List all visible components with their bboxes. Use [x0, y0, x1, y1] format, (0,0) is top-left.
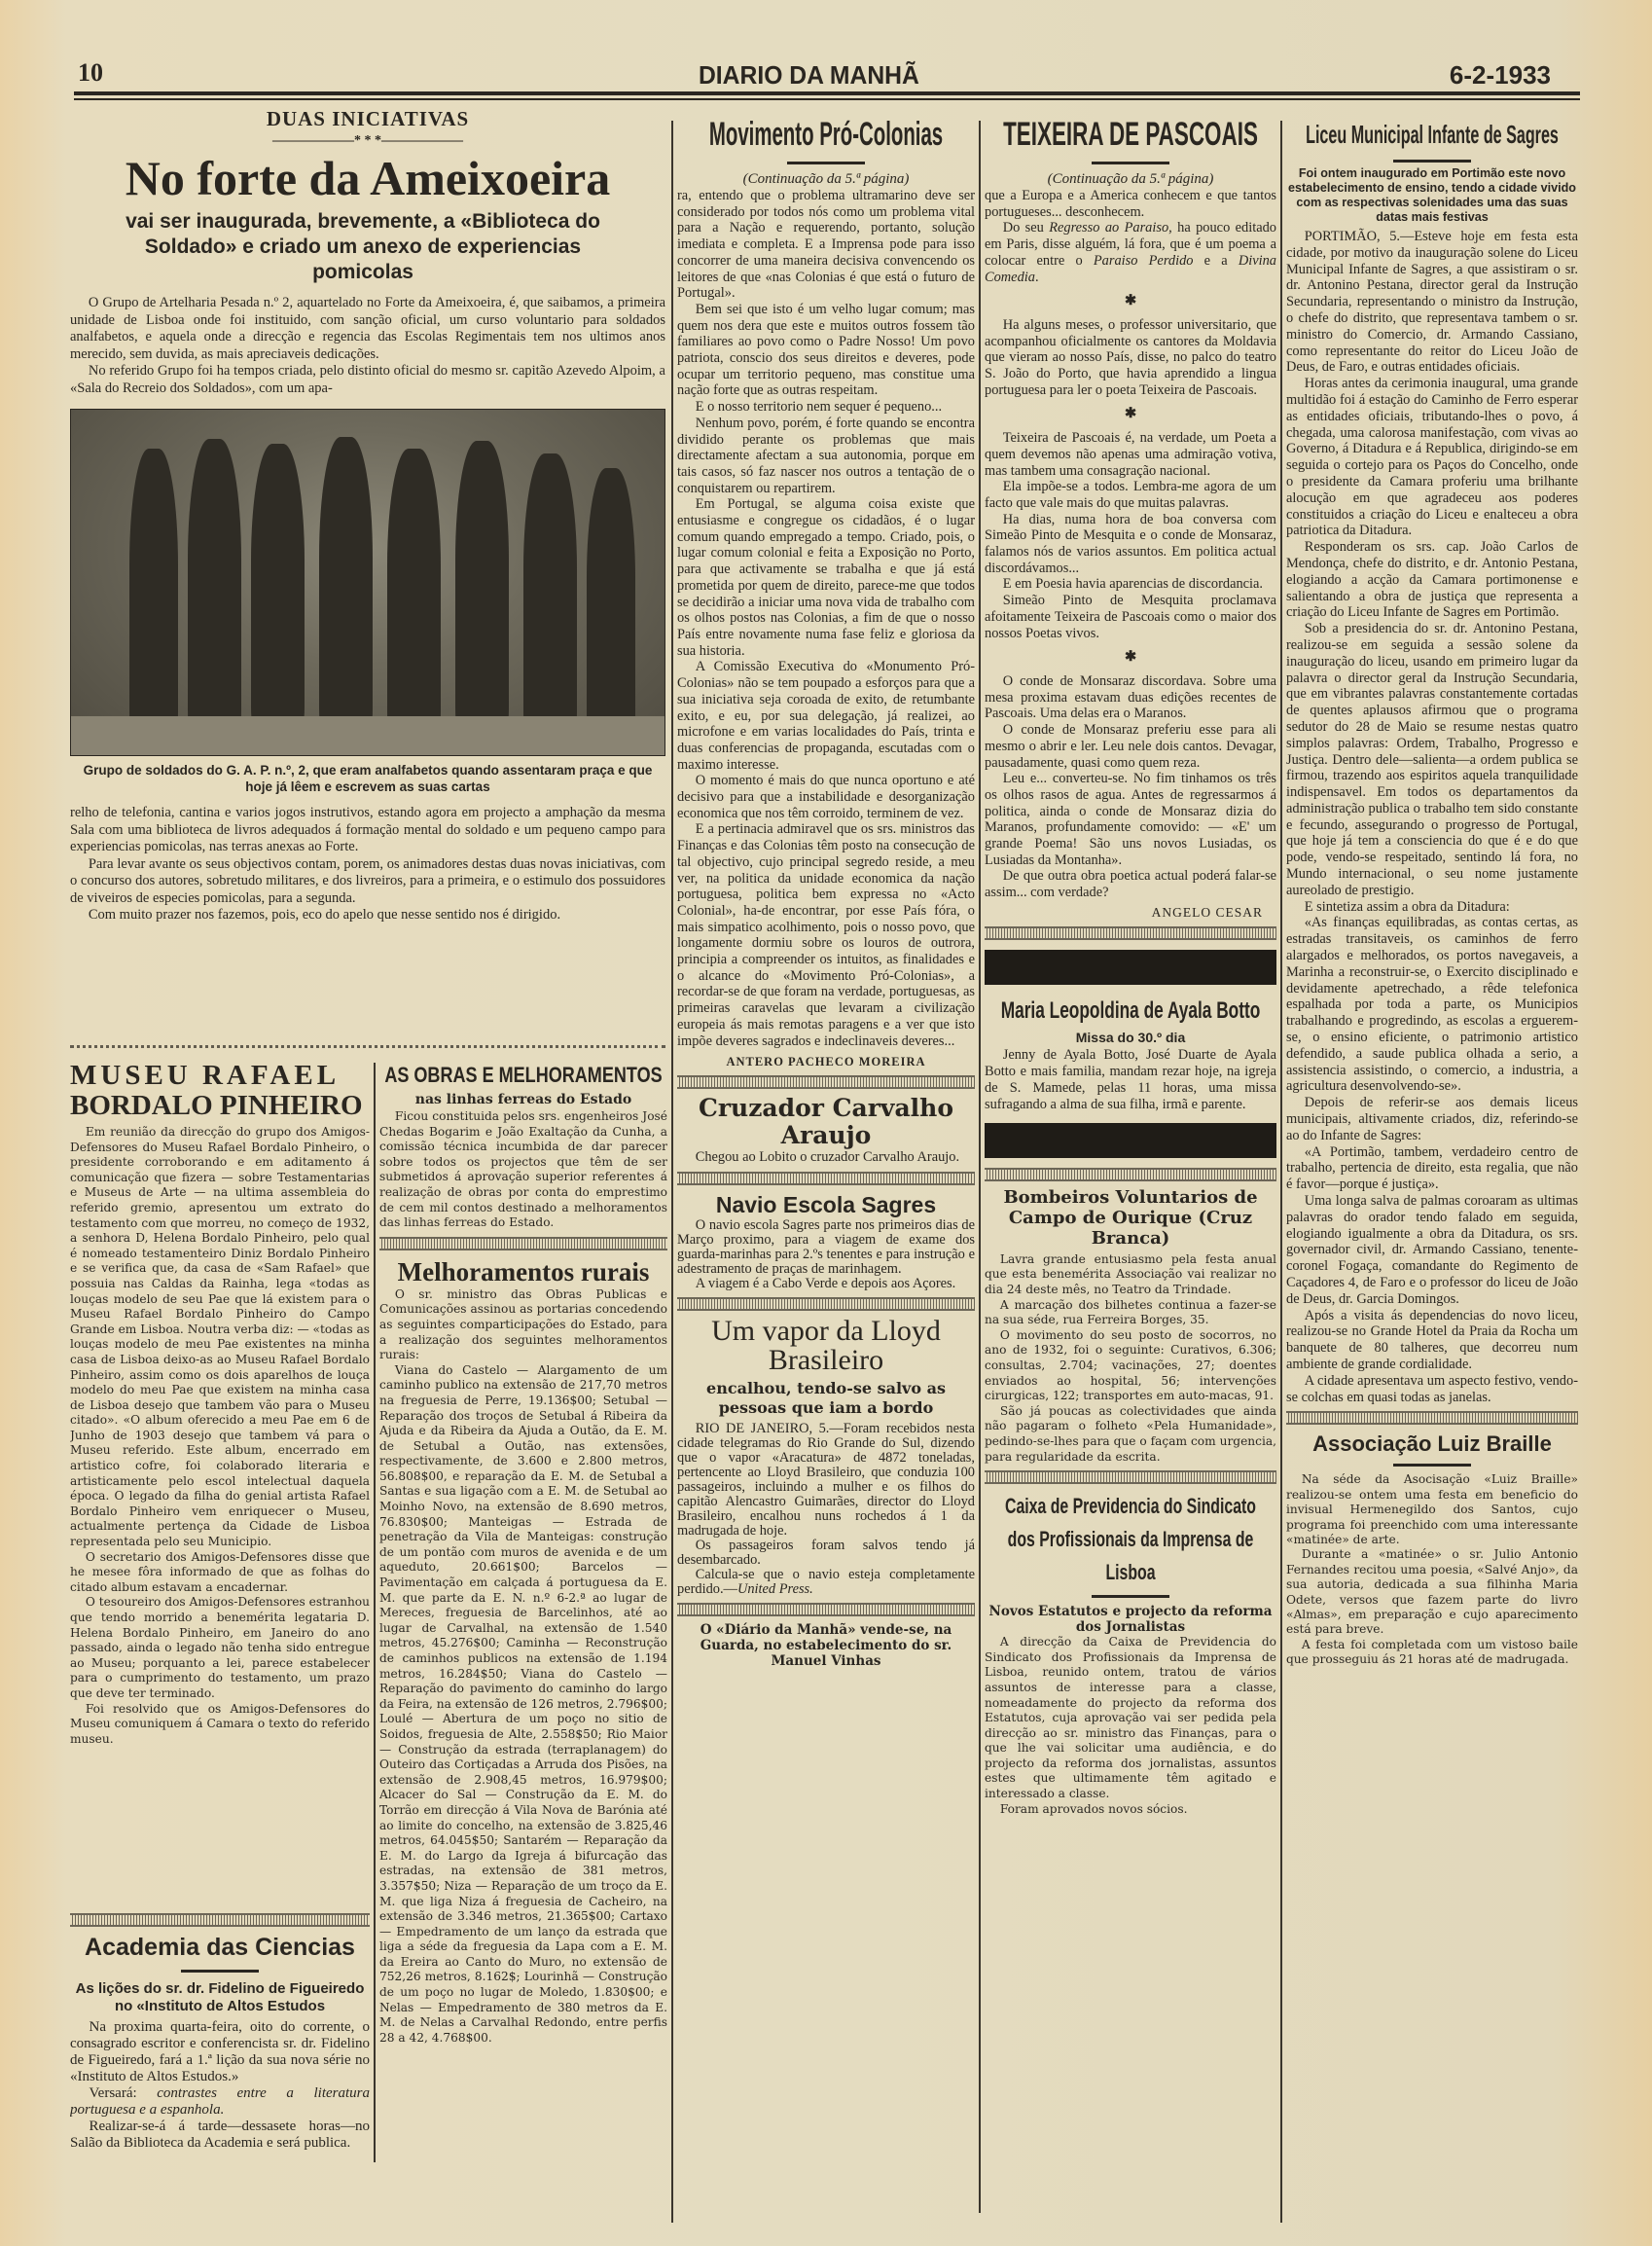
paragraph: São já poucas as colectividades que aind… [985, 1404, 1276, 1465]
article-headline: Cruzador Carvalho Araujo [677, 1095, 975, 1149]
paragraph: O conde de Monsaraz discordava. Sobre um… [985, 673, 1276, 722]
paragraph: O momento é mais do que nunca oportuno e… [677, 773, 975, 821]
paragraph: A cidade apresentava um aspecto festivo,… [1286, 1373, 1578, 1406]
paragraph: Lavra grande entusiasmo pela festa anual… [985, 1252, 1276, 1298]
author-byline: ANTERO PACHECO MOREIRA [677, 1055, 975, 1069]
short-rule [181, 1970, 259, 1973]
paragraph: RIO DE JANEIRO, 5.—Foram recebidos nesta… [677, 1422, 975, 1539]
article-liceu-infante-sagres: Liceu Municipal Infante de Sagres Foi on… [1286, 113, 1578, 2225]
short-rule [787, 162, 865, 164]
article-forte-ameixoeira: DUAS INICIATIVAS ——————* * *—————— No fo… [70, 105, 665, 1039]
mourning-bar [985, 1123, 1276, 1158]
article-subhead: Novos Estatutos e projecto da reforma do… [985, 1604, 1276, 1635]
article-teixeira-pascoais: TEIXEIRA DE PASCOAIS (Continuação da 5.ª… [985, 113, 1276, 2225]
article-kicker: DUAS INICIATIVAS [70, 107, 665, 131]
paragraph: E a pertinacia admiravel que os srs. min… [677, 821, 975, 1049]
paragraph: Ha alguns meses, o professor universitar… [985, 317, 1276, 399]
issue-date: 6-2-1933 [1450, 60, 1551, 91]
short-rule [1393, 160, 1471, 163]
paragraph: Sob a presidencia do sr. dr. Antonino Pe… [1286, 621, 1578, 899]
paragraph: O navio escola Sagres parte nos primeiro… [677, 1218, 975, 1277]
article-academia-ciencias: Academia das Ciencias As lições do sr. d… [70, 1907, 370, 2238]
paragraph: Viana do Castelo — Alargamento de um cam… [379, 1363, 667, 2047]
article-headline: TEIXEIRA DE PASCOAIS [985, 113, 1276, 156]
paragraph: Leu e... converteu-se. No fim tinhamos o… [985, 771, 1276, 868]
asterisk-ornament: ✱ [985, 406, 1276, 422]
article-headline: Associação Luiz Braille [1286, 1431, 1578, 1458]
article-headline: AS OBRAS E MELHORAMENTOS [381, 1061, 665, 1090]
article-headline: Caixa de Previdencia do Sindicato dos Pr… [990, 1490, 1271, 1589]
paragraph: Na proxima quarta-feira, oito do corrent… [70, 2019, 370, 2085]
paragraph: E o nosso territorio nem sequer é pequen… [677, 399, 975, 416]
short-rule [1092, 1595, 1169, 1598]
paragraph: Calcula-se que o navio esteja completame… [677, 1568, 975, 1597]
paragraph: Teixeira de Pascoais é, na verdade, um P… [985, 430, 1276, 479]
paragraph: Para levar avante os seus objectivos con… [70, 856, 665, 908]
paragraph: Foram aprovados novos sócios. [985, 1802, 1276, 1818]
paragraph: Após a visita ás dependencias do novo li… [1286, 1308, 1578, 1373]
article-headline: Melhoramentos rurais [379, 1256, 667, 1287]
section-separator [677, 1603, 975, 1616]
paragraph: «As finanças equilibradas, as contas cer… [1286, 915, 1578, 1095]
section-separator [985, 1470, 1276, 1484]
article-headline: Liceu Municipal Infante de Sagres [1286, 113, 1578, 156]
paragraph: Uma longa salva de palmas coroaram as ul… [1286, 1193, 1578, 1308]
article-subhead: Foi ontem inaugurado em Portimão este no… [1286, 166, 1578, 225]
paragraph: Em reunião da direcção do grupo dos Amig… [70, 1125, 370, 1550]
paragraph: Foi resolvido que os Amigos-Defensores d… [70, 1702, 370, 1747]
continuation-note: (Continuação da 5.ª página) [985, 170, 1276, 188]
paragraph: Ficou constituida pelos srs. engenheiros… [379, 1109, 667, 1231]
column-divider [671, 121, 673, 2223]
article-headline: Navio Escola Sagres [677, 1191, 975, 1218]
masthead-rule [74, 91, 1580, 95]
paragraph: Depois de referir-se aos demais liceus m… [1286, 1095, 1578, 1143]
mourning-bar [985, 950, 1276, 985]
article-headline: No forte da Ameixoeira [70, 151, 665, 205]
masthead-rule-thin [74, 98, 1580, 100]
paragraph: Com muito prazer nos fazemos, pois, eco … [70, 907, 665, 924]
article-headline: Bombeiros Voluntarios de Campo de Ouriqu… [985, 1187, 1276, 1249]
paragraph: De que outra obra poetica actual poderá … [985, 868, 1276, 900]
article-museu-bordalo: MUSEU RAFAEL BORDALO PINHEIRO Em reunião… [70, 1061, 370, 1747]
article-movimento-pro-colonias: Movimento Pró-Colonias (Continuação da 5… [677, 113, 975, 2225]
article-headline: Movimento Pró-Colonias [678, 113, 974, 156]
column-divider [374, 1063, 376, 2162]
paragraph: Versará: contrastes entre a literatura p… [70, 2085, 370, 2119]
article-subhead: vai ser inaugurada, brevemente, a «Bibli… [70, 205, 665, 289]
article-headline: Academia das Ciencias [70, 1933, 370, 1962]
short-rule [1393, 1464, 1471, 1467]
paragraph: Durante a «matinée» o sr. Julio Antonio … [1286, 1547, 1578, 1637]
paragraph: E sintetiza assim a obra da Ditadura: [1286, 899, 1578, 916]
paragraph: A marcação dos bilhetes continua a fazer… [985, 1298, 1276, 1328]
ornament: ——————* * *—————— [70, 133, 665, 149]
section-separator [70, 1045, 665, 1052]
section-separator [677, 1297, 975, 1311]
author-byline: ANGELO CESAR [985, 905, 1276, 921]
paragraph: A Comissão Executiva do «Monumento Pró-C… [677, 659, 975, 773]
paragraph: E em Poesia havia aparencias de discorda… [985, 576, 1276, 593]
paragraph: ra, entendo que o problema ultramarino d… [677, 188, 975, 302]
section-separator [70, 1913, 370, 1927]
paragraph: que a Europa e a America conhecem e que … [985, 188, 1276, 220]
paragraph: Do seu Regresso ao Paraiso, ha pouco edi… [985, 220, 1276, 285]
paragraph: O conde de Monsaraz preferiu esse para a… [985, 722, 1276, 771]
paragraph: relho de telefonia, cantina e varios jog… [70, 805, 665, 856]
section-separator [985, 926, 1276, 940]
article-subhead: Missa do 30.º dia [985, 1028, 1276, 1047]
paragraph: O Grupo de Artelharia Pesada n.º 2, aqua… [70, 295, 665, 363]
photo-caption: Grupo de soldados do G. A. P. n.º, 2, qu… [70, 762, 665, 795]
paragraph: Chegou ao Lobito o cruzador Carvalho Ara… [677, 1149, 975, 1166]
section-separator [1286, 1411, 1578, 1425]
page-number: 10 [78, 58, 103, 88]
paragraph: Ela impõe-se a todos. Lembra-me agora de… [985, 479, 1276, 511]
article-headline: BORDALO PINHEIRO [70, 1090, 370, 1121]
sales-notice: O «Diário da Manhã» vende-se, na Guarda,… [677, 1622, 975, 1669]
paragraph: Na séde da Asocisação «Luiz Braille» rea… [1286, 1472, 1578, 1547]
paragraph: Ha dias, numa hora de boa conversa com S… [985, 512, 1276, 577]
paragraph: A viagem é a Cabo Verde e depois aos Aço… [677, 1277, 975, 1291]
article-subhead: nas linhas ferreas do Estado [379, 1090, 667, 1109]
masthead: 10 DIARIO DA MANHÃ 6-2-1933 [70, 58, 1578, 93]
paragraph: Bem sei que isto é um velho lugar comum;… [677, 302, 975, 399]
section-separator [379, 1237, 667, 1250]
paragraph: Nenhum povo, porém, é forte quando se en… [677, 416, 975, 497]
paragraph: A festa foi completada com um vistoso ba… [1286, 1638, 1578, 1668]
article-subhead: encalhou, tendo-se salvo as pessoas que … [677, 1379, 975, 1418]
paragraph: Realizar-se-á á tarde—dessasete horas—no… [70, 2119, 370, 2152]
soldiers-photo [70, 409, 665, 756]
short-rule [1092, 162, 1169, 164]
paragraph: O secretario dos Amigos-Defensores disse… [70, 1550, 370, 1596]
paragraph: «A Portimão, tambem, verdadeiro centro d… [1286, 1144, 1578, 1193]
paragraph: Os passageiros foram salvos tendo já des… [677, 1539, 975, 1568]
paragraph: PORTIMÃO, 5.—Esteve hoje em festa esta c… [1286, 229, 1578, 376]
article-headline: MUSEU RAFAEL [70, 1061, 370, 1090]
paragraph: No referido Grupo foi ha tempos criada, … [70, 363, 665, 397]
article-subhead: As lições do sr. dr. Fidelino de Figueir… [70, 1980, 370, 2015]
asterisk-ornament: ✱ [985, 649, 1276, 666]
paragraph: O movimento do seu posto de socorros, no… [985, 1328, 1276, 1404]
paragraph: Responderam os srs. cap. João Carlos de … [1286, 539, 1578, 621]
paragraph: O sr. ministro das Obras Publicas e Comu… [379, 1287, 667, 1363]
column-divider [1280, 121, 1282, 2223]
section-separator [985, 1168, 1276, 1181]
article-obras-melhoramentos: AS OBRAS E MELHORAMENTOS nas linhas ferr… [379, 1061, 667, 2228]
section-separator [677, 1172, 975, 1185]
article-headline: Maria Leopoldina de Ayala Botto [985, 995, 1276, 1028]
asterisk-ornament: ✱ [985, 293, 1276, 309]
continuation-note: (Continuação da 5.ª página) [677, 170, 975, 188]
newspaper-title: DIARIO DA MANHÃ [699, 60, 919, 91]
paragraph: Simeão Pinto de Mesquita proclamava afoi… [985, 593, 1276, 641]
article-headline: Um vapor da Lloyd Brasileiro [677, 1317, 975, 1375]
column-divider [979, 121, 981, 2213]
paragraph: O tesoureiro dos Amigos-Defensores estra… [70, 1595, 370, 1701]
paragraph: Em Portugal, se alguma coisa existe que … [677, 496, 975, 659]
paragraph: Jenny de Ayala Botto, José Duarte de Aya… [985, 1047, 1276, 1113]
section-separator [677, 1075, 975, 1089]
paragraph: A direcção da Caixa de Previdencia do Si… [985, 1635, 1276, 1802]
newspaper-page: 10 DIARIO DA MANHÃ 6-2-1933 DUAS INICIAT… [0, 0, 1652, 2246]
paragraph: Horas antes da cerimonia inaugural, uma … [1286, 376, 1578, 539]
